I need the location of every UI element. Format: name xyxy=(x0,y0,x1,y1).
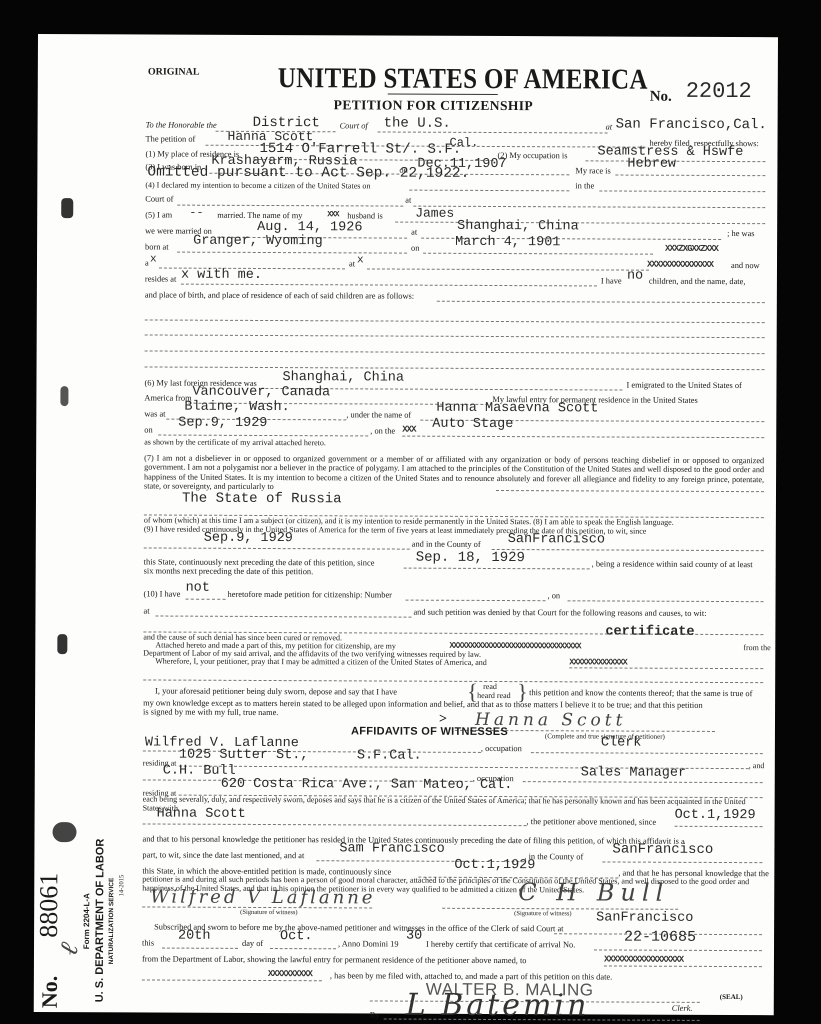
petitioner-since-label: , the petitioner above mentioned, since xyxy=(527,817,657,827)
spouse-name: James xyxy=(415,206,454,221)
witnesses-heading: AFFIDAVITS OF WITNESSES xyxy=(351,725,508,738)
oath-text-1: I, your aforesaid petitioner being duly … xyxy=(155,687,397,698)
race-value: Hebrew xyxy=(627,157,676,172)
occupation-label: (2) My occupation is xyxy=(497,151,567,161)
county-since-value: Sep. 18, 1929 xyxy=(416,550,525,566)
from-the-label: from the xyxy=(743,643,770,652)
witness-2-signature-caption: (Signature of witness) xyxy=(514,910,571,917)
prior-have-value: not xyxy=(186,581,210,596)
us-since-value: Sep.9, 1929 xyxy=(204,531,293,546)
witness-1-address: 1025 Sutter St., xyxy=(179,748,309,764)
entry-on-label: on xyxy=(144,425,152,435)
seal-label: (SEAL) xyxy=(720,993,743,1001)
witness-petitioner-name: Hanna Scott xyxy=(157,807,246,822)
by-label: By xyxy=(370,1010,380,1020)
spouse-born-on-label: on xyxy=(411,244,419,254)
emigrated-label: I emigrated to the United States of xyxy=(626,381,741,391)
born-at-label: born at xyxy=(145,242,169,252)
oath-text-4: is signed by me with my full, true name. xyxy=(143,707,278,717)
witness-1-signature: Wilfred V Laflanne xyxy=(150,886,375,908)
at2-value: x xyxy=(357,254,364,266)
day-of-label: day of xyxy=(242,939,263,949)
race-label: My race is xyxy=(575,166,610,176)
declared-label: (4) I declared my intention to become a … xyxy=(145,180,370,190)
last-residence-value: Shanghai, China xyxy=(282,370,404,386)
clerk-label: Clerk. xyxy=(672,1004,693,1014)
stub-no-label: No. xyxy=(37,976,62,1008)
heretofore-label: heretofore made petition for citizenship… xyxy=(228,590,392,600)
punch-hole-top xyxy=(61,198,73,218)
part-label: part, to wit, since the date last mentio… xyxy=(142,850,304,860)
struck-text-1: XXXZXGXXZXXX xyxy=(665,244,718,254)
a-label: a xyxy=(145,258,149,268)
resided-county-value: SanFrancisco xyxy=(612,842,713,858)
sovereign-value: The State of Russia xyxy=(182,491,342,508)
prior-on-label: , on xyxy=(548,591,561,601)
court-of-label: Court of xyxy=(340,121,368,131)
declaration-value: Omitted pursuant to Act Sep. 22,1922. xyxy=(147,164,469,181)
married-at-label: at xyxy=(411,228,417,238)
struck-text-2: XXXXXXXXXXXXXXX xyxy=(647,260,713,270)
document-title: UNITED STATES OF AMERICA xyxy=(278,63,648,97)
declared-court-of-label: Court of xyxy=(145,194,173,204)
petition-of-label: The petition of xyxy=(146,134,196,144)
arrival-number: 22-10685 xyxy=(624,929,696,946)
declared-in-the-label: in the xyxy=(575,181,594,191)
resided-city-value: Sam Francisco xyxy=(339,841,444,856)
punch-hole-lower xyxy=(57,634,67,654)
married-status: -- xyxy=(189,206,203,220)
punch-hole-bottom xyxy=(52,822,76,842)
department-label: U. S. DEPARTMENT OF LABOR xyxy=(94,839,107,1003)
six-months-label: six months next preceding the date of th… xyxy=(144,566,314,576)
county-value: SanFrancisco xyxy=(508,532,605,547)
resides-value: x with me. xyxy=(181,268,262,283)
residence-state: Cal. xyxy=(449,136,478,150)
wherefore-struck: XXXXXXXXXXXXXX xyxy=(569,657,626,667)
court-of-value: the U.S. xyxy=(384,116,451,132)
jurat-struck-1: XXXXXXXXXXXXXXXXXX xyxy=(604,954,683,964)
have-label: I have xyxy=(601,276,622,286)
court-location: San Francisco,Cal. xyxy=(616,117,767,134)
print-code: 14-2015 xyxy=(118,875,125,897)
married-place: Shanghai, China xyxy=(457,219,579,235)
witness-1-city: S.F.Cal. xyxy=(357,748,422,763)
witness-1-occupation-label: , occupation xyxy=(481,744,522,754)
entry-port-value: Blaine, Wash. xyxy=(184,400,289,415)
petition-document: ORIGINAL UNITED STATES OF AMERICA PETITI… xyxy=(34,34,778,1015)
form-number: Form 2204-L-A xyxy=(82,893,91,949)
jurat-court-city: SanFrancisco xyxy=(596,910,693,925)
declared-at-label: at xyxy=(405,196,411,206)
subscribed-label: Subscribed and sworn to before me by the… xyxy=(154,923,563,934)
witness-and-label: , and xyxy=(749,761,765,770)
spouse-birthplace: Granger, Wyoming xyxy=(193,234,323,250)
resides-label: resides at xyxy=(145,274,176,284)
children-label: children, and the name, date, xyxy=(649,277,746,287)
entry-date-value: Sep.9, 1929 xyxy=(178,416,267,431)
allegiance-paragraph: (7) I am not a disbeliever in or opposed… xyxy=(144,453,764,493)
witness-1-occupation: Clerk xyxy=(601,735,642,750)
vessel-label: , on the xyxy=(370,426,395,436)
jurat-month: Oct. xyxy=(280,929,312,944)
county-label: and in the County of xyxy=(412,540,481,550)
prior-have-label: (10) I have xyxy=(144,589,181,599)
attached-value: certificate xyxy=(605,624,694,639)
punch-hole-middle xyxy=(60,386,68,406)
a-value: x xyxy=(150,253,157,265)
witness-1-signature-caption: (Signature of witness) xyxy=(240,909,297,916)
wife-struck: XXX xyxy=(327,210,338,219)
original-label: ORIGINAL xyxy=(148,66,200,77)
am-label: (5) I am xyxy=(145,210,172,220)
jurat-struck-2: XXXXXXXXXX xyxy=(268,969,312,979)
emigrated-from-value: Vancouver, Canada xyxy=(192,385,330,401)
jurat-day: 20th xyxy=(178,929,210,944)
witness-2-address: 620 Costa Rica Ave., San Mateo, Cal. xyxy=(221,777,513,793)
document-subtitle: PETITION FOR CITIZENSHIP xyxy=(334,97,533,114)
residence-within-label: , being a residence within said county o… xyxy=(592,559,753,569)
heard-read-option: heard read xyxy=(477,691,511,700)
he-was-label: ; he was xyxy=(727,229,754,239)
known-since-value: Oct.1,1929 xyxy=(675,808,756,823)
spouse-birthdate: March 4, 1901 xyxy=(455,235,560,250)
number-label: No. xyxy=(650,89,672,106)
entry-name-value: Hanna Masaevna Scott xyxy=(436,401,598,417)
denied-label: and such petition was denied by that Cou… xyxy=(413,608,706,619)
read-option: read xyxy=(483,682,497,691)
children-place-label: and place of birth, and place of residen… xyxy=(145,290,414,301)
under-name-label: , under the name of xyxy=(346,410,411,420)
vessel-value: Auto Stage xyxy=(432,417,513,432)
court-at-label: at xyxy=(606,122,613,132)
witness-2-occupation: Sales Manager xyxy=(581,765,686,780)
petition-number: 22012 xyxy=(686,79,752,104)
oath-text-2: this petition and know the contents ther… xyxy=(529,688,752,698)
wherefore-label: Wherefore, I, your petitioner, pray that… xyxy=(155,657,487,667)
to-honorable-label: To the Honorable the xyxy=(146,120,217,130)
continuously-since-value: Oct.1,1929 xyxy=(454,858,535,873)
children-count: no xyxy=(627,269,643,284)
stub-number: 88061 xyxy=(34,873,63,938)
anno-label: , Anno Domini 19 xyxy=(338,939,399,949)
service-label: NATURALIZATION SERVICE xyxy=(108,878,115,965)
witness-2-signature: C H Bull xyxy=(518,878,669,907)
from-dept-label: from the Department of Labor, showing th… xyxy=(142,954,527,965)
and-now-label: and now xyxy=(731,261,760,271)
this-label: this xyxy=(142,938,154,948)
certify-label: I hereby certify that certificate of arr… xyxy=(426,940,575,950)
vessel-struck: XXX xyxy=(402,425,415,435)
was-at-label: was at xyxy=(144,409,165,419)
prior-at-label: at xyxy=(143,606,149,616)
jurat-year: 30 xyxy=(406,929,422,944)
at2-label: at xyxy=(349,259,355,269)
certificate-attached-label: as shown by the certificate of my arriva… xyxy=(144,437,326,447)
